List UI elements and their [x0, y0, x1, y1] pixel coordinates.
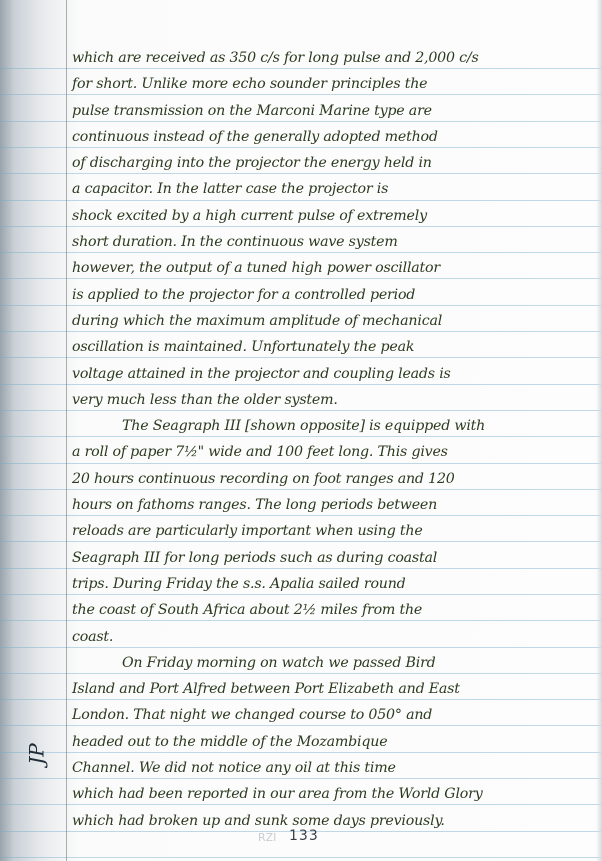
- text-line: 20 hours continuous recording on foot ra…: [72, 466, 587, 492]
- text-line: headed out to the middle of the Mozambiq…: [72, 729, 587, 755]
- text-line: which are received as 350 c/s for long p…: [72, 45, 587, 71]
- text-line: Seagraph III for long periods such as du…: [72, 545, 587, 571]
- notebook-page: which are received as 350 c/s for long p…: [0, 0, 602, 861]
- text-line: shock excited by a high current pulse of…: [72, 203, 587, 229]
- text-line: very much less than the older system.: [72, 387, 587, 413]
- page-number: 133: [289, 828, 319, 844]
- margin-line: [66, 0, 67, 861]
- ruled-line: [0, 857, 602, 858]
- text-line: is applied to the projector for a contro…: [72, 282, 587, 308]
- text-line: during which the maximum amplitude of me…: [72, 308, 587, 334]
- text-line: the coast of South Africa about 2½ miles…: [72, 597, 587, 623]
- text-line: which had been reported in our area from…: [72, 781, 587, 807]
- faint-stamp: RZI: [258, 831, 276, 844]
- text-line: hours on fathoms ranges. The long period…: [72, 492, 587, 518]
- text-line: pulse transmission on the Marconi Marine…: [72, 98, 587, 124]
- text-line: Channel. We did not notice any oil at th…: [72, 755, 587, 781]
- text-line: On Friday morning on watch we passed Bir…: [72, 650, 587, 676]
- text-line: coast.: [72, 624, 587, 650]
- text-line: however, the output of a tuned high powe…: [72, 255, 587, 281]
- text-line: continuous instead of the generally adop…: [72, 124, 587, 150]
- text-line: London. That night we changed course to …: [72, 702, 587, 728]
- text-line: a capacitor. In the latter case the proj…: [72, 176, 587, 202]
- text-line: Island and Port Alfred between Port Eliz…: [72, 676, 587, 702]
- text-line: reloads are particularly important when …: [72, 518, 587, 544]
- text-line: oscillation is maintained. Unfortunately…: [72, 334, 587, 360]
- text-line: The Seagraph III [shown opposite] is equ…: [72, 413, 587, 439]
- text-line: which had broken up and sunk some days p…: [72, 808, 587, 834]
- handwritten-text: which are received as 350 c/s for long p…: [72, 45, 587, 834]
- margin-initials: JP: [25, 743, 49, 764]
- text-line: a roll of paper 7½" wide and 100 feet lo…: [72, 439, 587, 465]
- text-line: of discharging into the projector the en…: [72, 150, 587, 176]
- text-line: for short. Unlike more echo sounder prin…: [72, 71, 587, 97]
- text-line: short duration. In the continuous wave s…: [72, 229, 587, 255]
- text-line: voltage attained in the projector and co…: [72, 361, 587, 387]
- text-line: trips. During Friday the s.s. Apalia sai…: [72, 571, 587, 597]
